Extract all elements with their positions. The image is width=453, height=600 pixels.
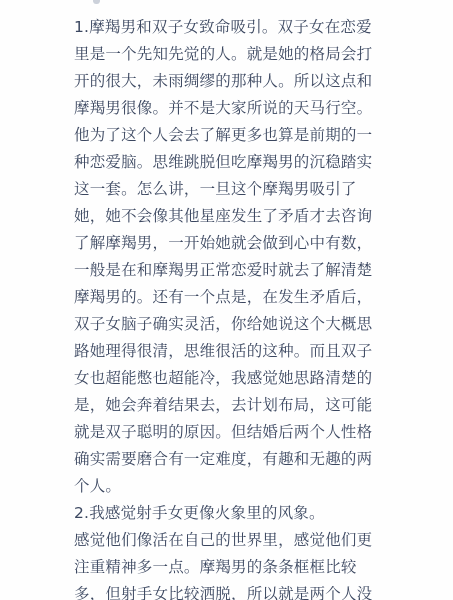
post-text-body: 1.摩羯男和双子女致命吸引。双子女在恋爱里是一个先知先觉的人。就是她的格局会打开… xyxy=(74,14,384,600)
text-line: 了解摩羯男，一开始她就会做到心中有数， xyxy=(74,230,384,257)
text-line: 路她理得很清，思维很活的这种。而且双子 xyxy=(74,338,384,365)
text-line: 双子女脑子确实灵活，你给她说这个大概思 xyxy=(74,311,384,338)
text-line: 是，她会奔着结果去，去计划布局，这可能 xyxy=(74,392,384,419)
text-line: 个人。 xyxy=(74,473,384,500)
text-line: 里是一个先知先觉的人。就是她的格局会打 xyxy=(74,41,384,68)
text-line: 她，她不会像其他星座发生了矛盾才去咨询 xyxy=(74,203,384,230)
text-line: 感觉他们像活在自己的世界里，感觉他们更 xyxy=(74,527,384,554)
text-line: 摩羯男很像。并不是大家所说的天马行空。 xyxy=(74,95,384,122)
text-line: 这一套。怎么讲，一旦这个摩羯男吸引了 xyxy=(74,176,384,203)
text-line: 一般是在和摩羯男正常恋爱时就去了解清楚 xyxy=(74,257,384,284)
text-line: 他为了这个人会去了解更多也算是前期的一 xyxy=(74,122,384,149)
text-line: 确实需要磨合有一定难度，有趣和无趣的两 xyxy=(74,446,384,473)
text-line: 注重精神多一点。摩羯男的条条框框比较 xyxy=(74,554,384,581)
screenshot-canvas: 1.摩羯男和双子女致命吸引。双子女在恋爱里是一个先知先觉的人。就是她的格局会打开… xyxy=(0,0,453,600)
cropped-text-remnant xyxy=(93,0,100,4)
text-line: 种恋爱脑。思维跳脱但吃摩羯男的沉稳踏实 xyxy=(74,149,384,176)
text-line: 1.摩羯男和双子女致命吸引。双子女在恋爱 xyxy=(74,14,384,41)
text-line: 女也超能憋也超能冷，我感觉她思路清楚的 xyxy=(74,365,384,392)
text-line: 2.我感觉射手女更像火象里的风象。 xyxy=(74,500,384,527)
text-line: 多，但射手女比较洒脱，所以就是两个人没 xyxy=(74,581,384,600)
text-line: 就是双子聪明的原因。但结婚后两个人性格 xyxy=(74,419,384,446)
text-line: 开的很大，未雨绸缪的那种人。所以这点和 xyxy=(74,68,384,95)
text-line: 摩羯男的。还有一个点是，在发生矛盾后， xyxy=(74,284,384,311)
